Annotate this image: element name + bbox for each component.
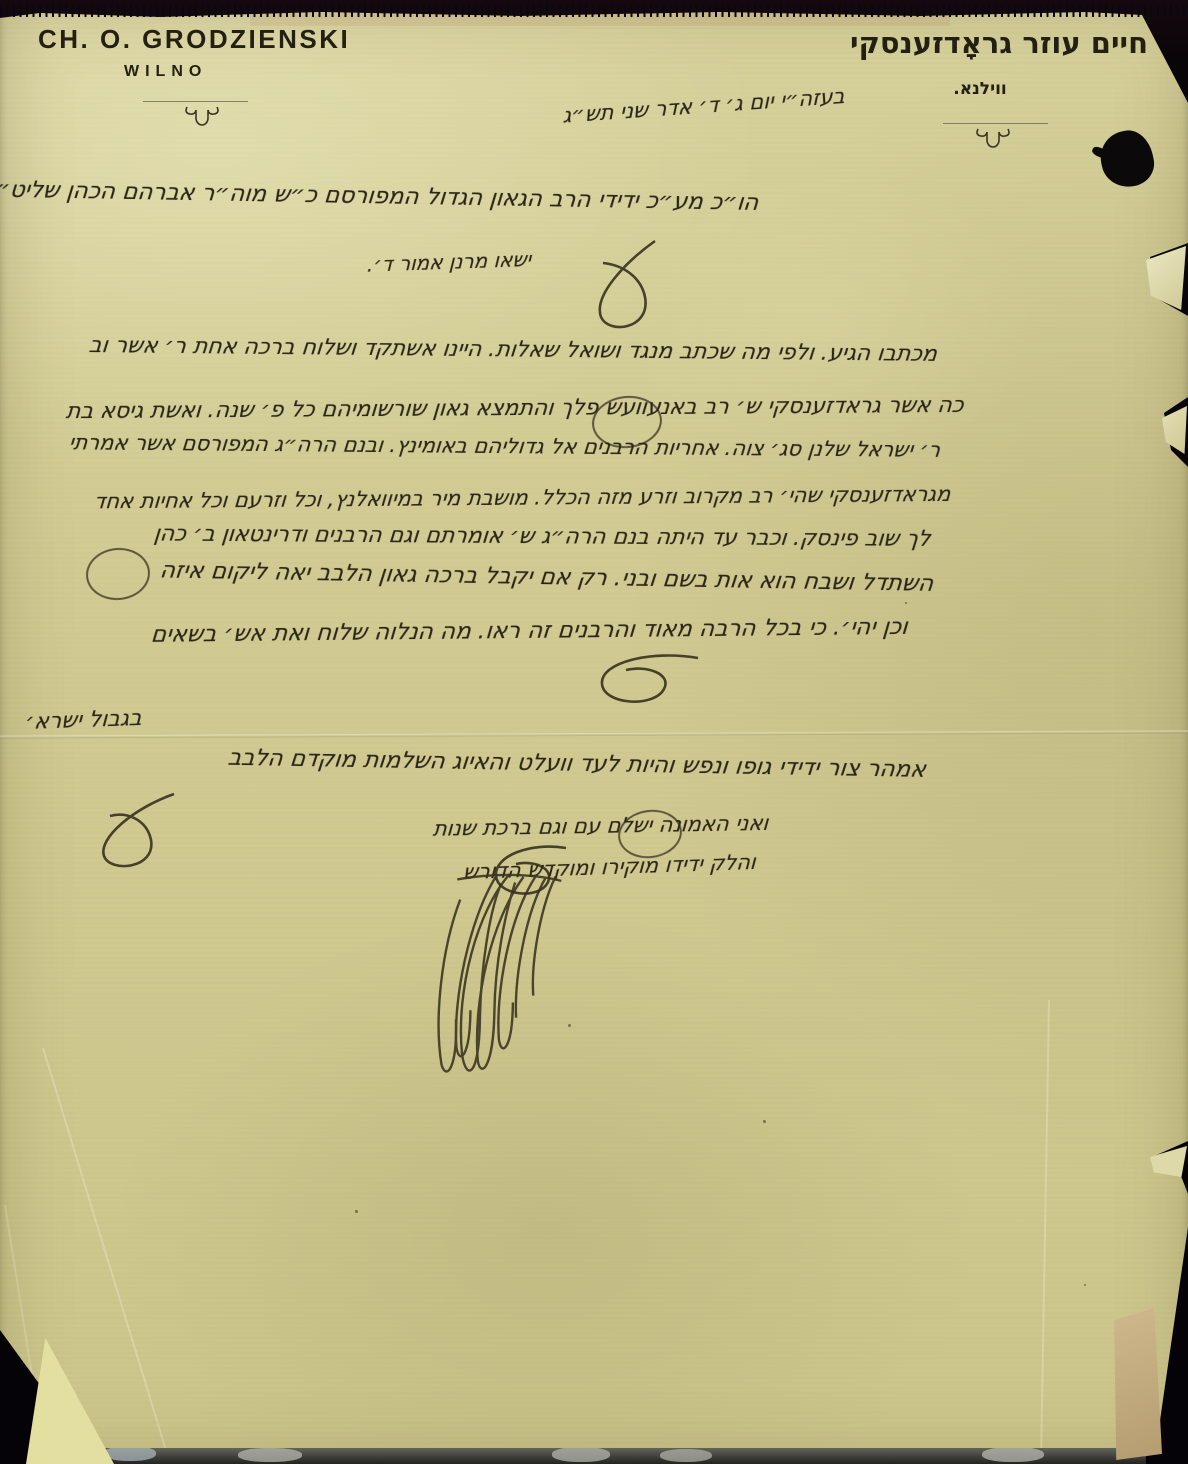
body-line-7: וכן יהי׳. כי בכל הרבה מאוד והרבנים זה רא… (150, 614, 909, 648)
letterhead-latin-name: CH. O. GRODZIENSKI (38, 24, 350, 55)
closing-line-2: ואני האמונה ישלם עם וגם ברכת שנות (432, 811, 769, 841)
perforated-edge (0, 5, 1188, 17)
letter-paper: CH. O. GRODZIENSKI WILNO חיים עוזר גראָד… (0, 0, 1188, 1464)
scanner-bed-patch (238, 1448, 302, 1462)
scanner-bed-patch (982, 1447, 1044, 1462)
body-line-6: השתדל ושבח הוא אות בשם ובני. רק אם יקבל … (158, 558, 934, 597)
salutation-line-1: הו״כ מע״כ ידידי הרב הגאון הגדול המפורסם … (0, 176, 759, 216)
scanner-bed-patch (660, 1449, 712, 1462)
dust-speck (568, 1024, 571, 1027)
handwritten-date-line: בעזה״י יום ג׳ ד׳ אדר שני תש״ג (563, 84, 845, 128)
letterhead-latin-city: WILNO (124, 63, 207, 81)
body-line-8: בגבול ישרא׳ (24, 706, 142, 735)
body-line-5: לך שוב פינסק. וכבר עד היתה בנם הרה״ג ש׳ … (152, 522, 931, 552)
dust-speck (355, 1210, 358, 1213)
ink-flourish-loop (583, 235, 667, 339)
ink-flourish-loop (92, 788, 186, 874)
dust-speck (905, 602, 907, 604)
body-line-1: מכתבו הגיע. ולפי מה שכתב מנגד ושואל שאלו… (88, 333, 939, 367)
body-line-2: כה אשר גראדזענסקי ש׳ רב באנעוועש פלך והת… (64, 393, 964, 424)
letterhead-left-ornament-icon (183, 104, 219, 130)
body-line-3: ר׳ ישראל שלנן סג׳ צוה. אחריות הרבנים אל … (67, 430, 941, 462)
scanner-bed-patch (552, 1447, 610, 1462)
signature-scribble (420, 868, 587, 1094)
ink-flourish-loop (592, 648, 706, 712)
fold-crease (1040, 1000, 1050, 1464)
dust-speck (763, 1120, 766, 1123)
dust-speck (1084, 1284, 1086, 1286)
scanner-bed-patch (104, 1446, 156, 1461)
letterhead-right-rule (943, 123, 1048, 124)
salutation-line-2: ישאו מרנן אמור ד׳. (366, 247, 531, 277)
letterhead-hebrew-name: חיים עוזר גראָדזענסקי (850, 26, 1148, 60)
closing-line-1: אמהר צור ידידי גופו ונפש והיות לעד וועלט… (227, 745, 928, 783)
torn-corner-fold (1110, 1308, 1162, 1460)
body-line-4: מגראדזענסקי שהי׳ רב מקרוב וזרע מזה הכלל.… (92, 482, 951, 513)
circled-word-mark (84, 545, 152, 602)
letterhead-hebrew-city: ווילנא. (922, 79, 1038, 99)
fold-crease (0, 730, 1188, 738)
letterhead-left-rule (143, 101, 248, 102)
letterhead-right-ornament-icon (974, 126, 1010, 152)
scanned-letter-page: { "letterhead": { "latin_name": "CH. O. … (0, 0, 1188, 1464)
